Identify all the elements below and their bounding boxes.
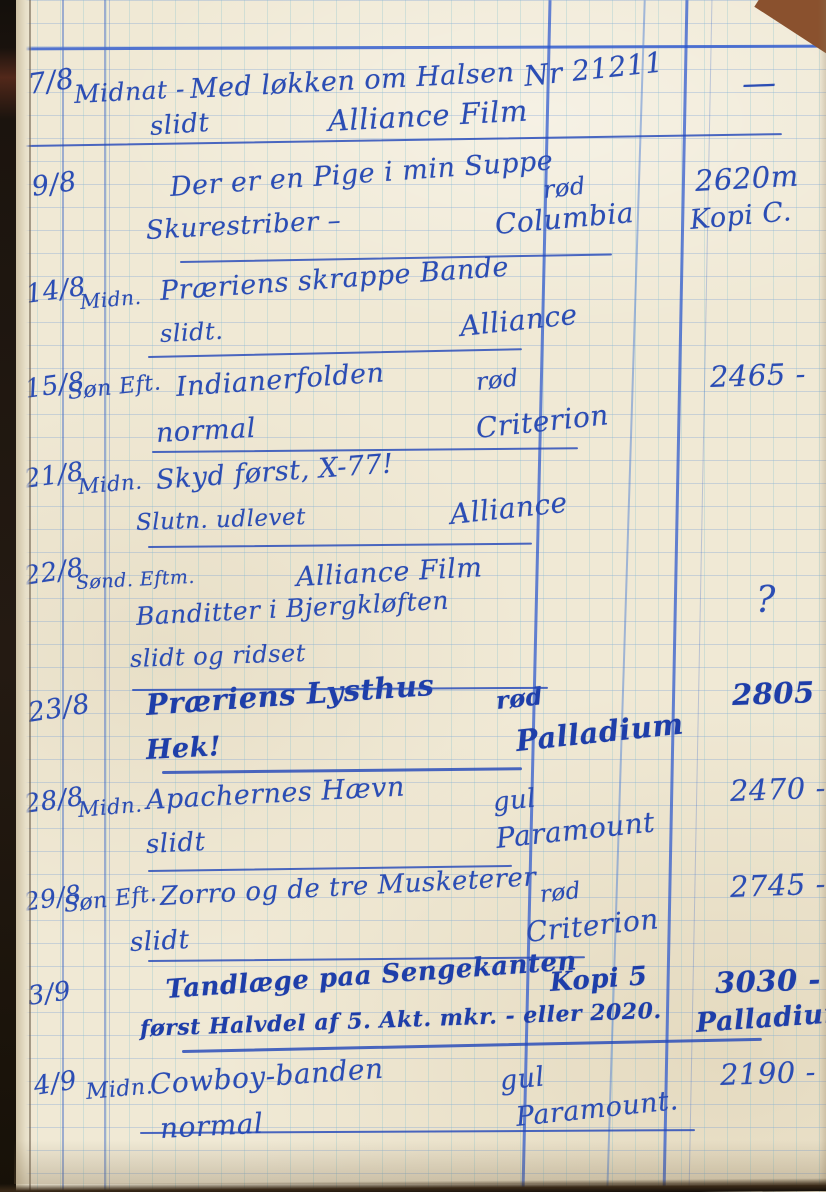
color-code: gul xyxy=(498,1061,546,1097)
film-title: Cowboy-banden xyxy=(149,1052,385,1101)
film-length: 2190 - xyxy=(719,1055,816,1092)
entry-date: 4/9 xyxy=(32,1065,80,1101)
gutter-edge-line xyxy=(29,0,31,1192)
ledger-entry: 4/9Midn.Cowboy-bandengul2190 -normalPara… xyxy=(0,0,826,1200)
bottom-page-shadow xyxy=(14,1140,826,1184)
right-page-curve xyxy=(818,0,826,1192)
ledger-page: 7/8Midnat -Med løkken om HalsenNr 21211s… xyxy=(0,0,826,1200)
book-binding xyxy=(0,0,16,1192)
showtime-note: Midn. xyxy=(85,1074,154,1105)
entries-layer: 7/8Midnat -Med løkken om HalsenNr 21211s… xyxy=(0,0,826,1200)
scan-background xyxy=(0,1192,826,1200)
